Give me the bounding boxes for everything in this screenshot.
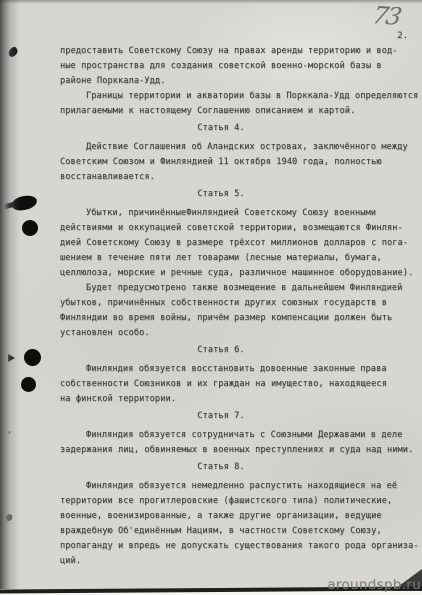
text-line: Границы территории и акватории базы в По…	[60, 89, 416, 104]
typed-page-number: 2.	[397, 31, 408, 41]
hole-punch-dot-middle	[24, 349, 41, 366]
text-line: пропаганду и впредь не допускать существ…	[60, 539, 416, 554]
text-line: враждебную Об'единённым Нациям, в частно…	[60, 524, 416, 539]
text-line: районе Порккала-Удд.	[60, 74, 416, 89]
scanned-document-page: 73 2. предоставить Советскому Союзу на п…	[0, 0, 422, 595]
handwritten-page-number: 73	[371, 1, 403, 31]
paragraph: Будет предусмотрено также возмещение в д…	[60, 281, 416, 341]
hole-punch-dot-lower	[21, 377, 36, 392]
paragraph: Финляндия обязуется немедленно распустит…	[60, 479, 416, 569]
text-line: дией Советскому Союзу в размере трёхсот …	[60, 236, 416, 251]
paragraph: Убытки, причинённыеФинляндией Советскому…	[60, 206, 416, 281]
scan-top-edge-shadow	[0, 0, 422, 4]
text-line: военные, военизированные, а также другие…	[60, 509, 416, 524]
text-line: восстанавливается.	[60, 170, 416, 185]
article-heading: Статья 4.	[60, 121, 382, 136]
paragraph: Финляндия обязуется сотрудничать с Союзн…	[60, 428, 416, 458]
article-heading: Статья 5.	[60, 187, 382, 202]
text-line: Финляндии во время войны, причём размер …	[60, 311, 416, 326]
text-line: Убытки, причинённыеФинляндией Советскому…	[60, 206, 416, 221]
text-line: прилагаемыми к настоящему Соглашению опи…	[60, 104, 416, 119]
text-line: целлюлоза, морские и речные суда, различ…	[60, 266, 416, 281]
hole-punch-dot-upper	[22, 220, 38, 236]
text-line: Будет предусмотрено также возмещение в д…	[60, 281, 416, 296]
text-line: Советским Союзом и Финляндией 11 октября…	[60, 155, 416, 170]
document-body: предоставить Советскому Союзу на правах …	[60, 44, 416, 569]
text-line: Действие Соглашения об Аландских острова…	[60, 140, 416, 155]
paragraph: Границы территории и акватории базы в По…	[60, 89, 416, 119]
text-line: Финляндия обязуется восстановить довоенн…	[60, 362, 416, 377]
text-line: действиями и оккупацией советской террит…	[60, 221, 416, 236]
text-line: ные пространства для создания советской …	[60, 59, 416, 74]
watermark-aroundspb: aroundspb.ru	[327, 577, 421, 593]
paragraph: предоставить Советскому Союзу на правах …	[60, 44, 416, 89]
article-heading: Статья 6.	[60, 343, 382, 358]
text-line: ций.	[60, 554, 416, 569]
text-line: предоставить Советскому Союзу на правах …	[60, 44, 416, 59]
text-line: территории все прогитлеровские (фашистск…	[60, 494, 416, 509]
text-line: шением в течение пяти лет товарами (лесн…	[60, 251, 416, 266]
article-heading: Статья 8.	[60, 460, 382, 475]
text-line: убытков, причинённых собственности други…	[60, 296, 416, 311]
text-line: Финляндия обязуется сотрудничать с Союзн…	[60, 428, 416, 443]
text-line: Финляндия обязуется немедленно распустит…	[60, 479, 416, 494]
paragraph: Действие Соглашения об Аландских острова…	[60, 140, 416, 185]
article-heading: Статья 7.	[60, 409, 382, 424]
text-line: на финской территории.	[60, 392, 416, 407]
scan-left-edge-shadow	[0, 0, 22, 595]
text-line: задержания лиц, обвиняемых в военных пре…	[60, 443, 416, 458]
paragraph: Финляндия обязуется восстановить довоенн…	[60, 362, 416, 407]
text-line: установлен особо.	[60, 326, 416, 341]
text-line: собственности Союзников и их граждан на …	[60, 377, 416, 392]
